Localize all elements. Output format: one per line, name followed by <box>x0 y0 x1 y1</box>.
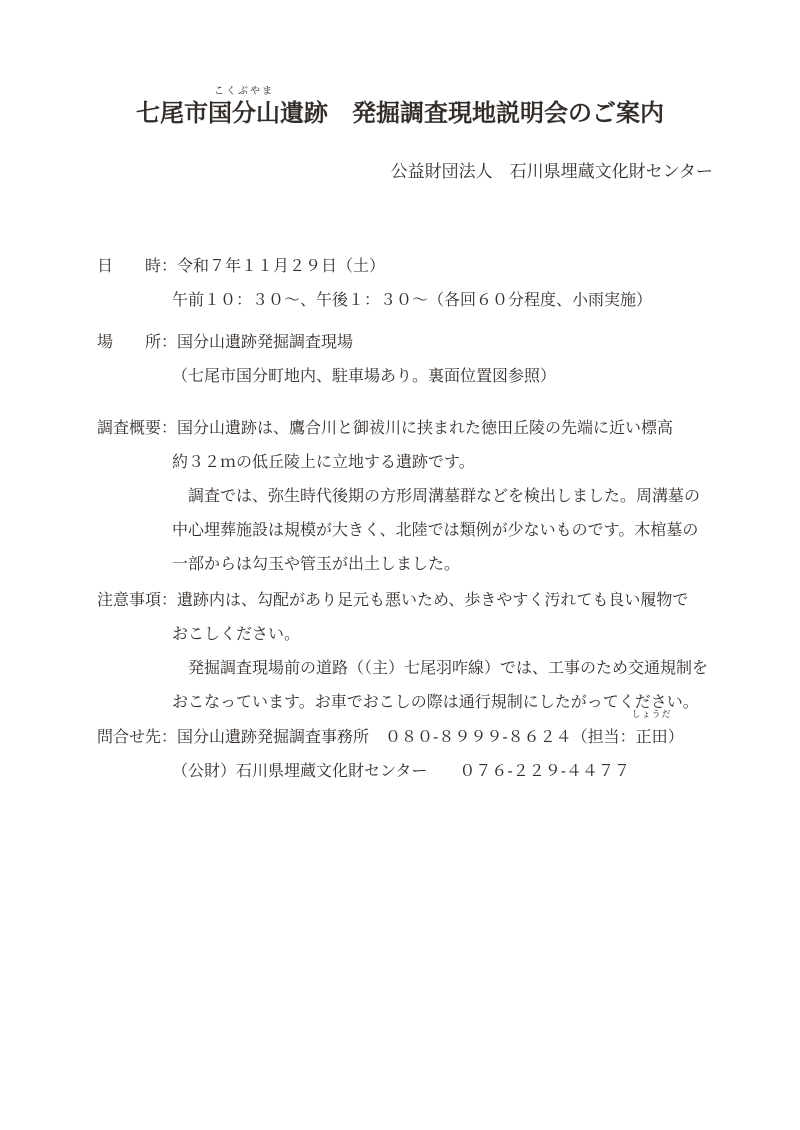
contact-ruby-base: 正田 <box>636 729 668 746</box>
overview-line-3: 調査では、弥生時代後期の方形周溝墓群などを検出しました。周溝墓の <box>97 480 800 514</box>
place-line-2: （七尾市国分町地内、駐車場あり。裏面位置図参照） <box>97 360 800 394</box>
section-contact: 問合せ先：国分山遺跡発掘調査事務所 ０８０-８９９９-８６２４（担当：しょうだ正… <box>97 721 800 789</box>
section-place: 場 所：国分山遺跡発掘調査現場 （七尾市国分町地内、駐車場あり。裏面位置図参照） <box>97 326 800 394</box>
contact-line-1-text: 問合せ先：国分山遺跡発掘調査事務所 ０８０-８９９９-８６２４（担当： <box>97 729 636 746</box>
section-survey-overview: 調査概要：国分山遺跡は、鷹合川と御祓川に挟まれた徳田丘陵の先端に近い標高 約３２… <box>97 412 800 582</box>
section-datetime: 日 時：令和７年１１月２９日（土） 午前１０：３０～、午後１：３０～（各回６０分… <box>97 250 800 318</box>
overview-line-4: 中心埋葬施設は規模が大きく、北陸では類例が少ないものです。木棺墓の <box>97 514 800 548</box>
contact-furigana: しょうだ <box>632 710 672 719</box>
overview-line-2: 約３２ｍの低丘陵上に立地する遺跡です。 <box>97 446 800 480</box>
document-page: 七尾市こくぶやま国分山遺跡 発掘調査現地説明会のご案内 公益財団法人 石川県埋蔵… <box>0 0 800 1130</box>
overview-line-1: 調査概要：国分山遺跡は、鷹合川と御祓川に挟まれた徳田丘陵の先端に近い標高 <box>97 412 800 446</box>
page-title: 七尾市こくぶやま国分山遺跡 発掘調査現地説明会のご案内 <box>0 100 800 128</box>
title-ruby: こくぶやま国分山 <box>208 100 280 128</box>
notes-line-3: 発掘調査現場前の道路（（主）七尾羽咋線）では、工事のため交通規制を <box>97 652 800 686</box>
contact-ruby: しょうだ正田 <box>636 721 668 755</box>
contact-line-1: 問合せ先：国分山遺跡発掘調査事務所 ０８０-８９９９-８６２４（担当：しょうだ正… <box>97 721 800 755</box>
organization-name: 公益財団法人 石川県埋蔵文化財センター <box>391 157 713 182</box>
overview-line-5: 一部からは勾玉や管玉が出土しました。 <box>97 548 800 582</box>
title-suffix: 遺跡 発掘調査現地説明会のご案内 <box>280 100 664 127</box>
notes-line-2: おこしください。 <box>97 618 800 652</box>
title-prefix: 七尾市 <box>136 100 208 127</box>
datetime-line-1: 日 時：令和７年１１月２９日（土） <box>97 250 800 284</box>
title-furigana: こくぶやま <box>214 87 274 97</box>
title-ruby-base: 国分山 <box>208 100 280 127</box>
notes-line-4: おこなっています。お車でおこしの際は通行規制にしたがってください。 <box>97 686 800 720</box>
contact-line-2: （公財）石川県埋蔵文化財センター ０７６-２２９-４４７７ <box>97 755 800 789</box>
section-notes: 注意事項：遺跡内は、勾配があり足元も悪いため、歩きやすく汚れても良い履物で おこ… <box>97 584 800 720</box>
contact-line-1-close: ） <box>668 729 684 746</box>
datetime-line-2: 午前１０：３０～、午後１：３０～（各回６０分程度、小雨実施） <box>97 284 800 318</box>
place-line-1: 場 所：国分山遺跡発掘調査現場 <box>97 326 800 360</box>
notes-line-1: 注意事項：遺跡内は、勾配があり足元も悪いため、歩きやすく汚れても良い履物で <box>97 584 800 618</box>
